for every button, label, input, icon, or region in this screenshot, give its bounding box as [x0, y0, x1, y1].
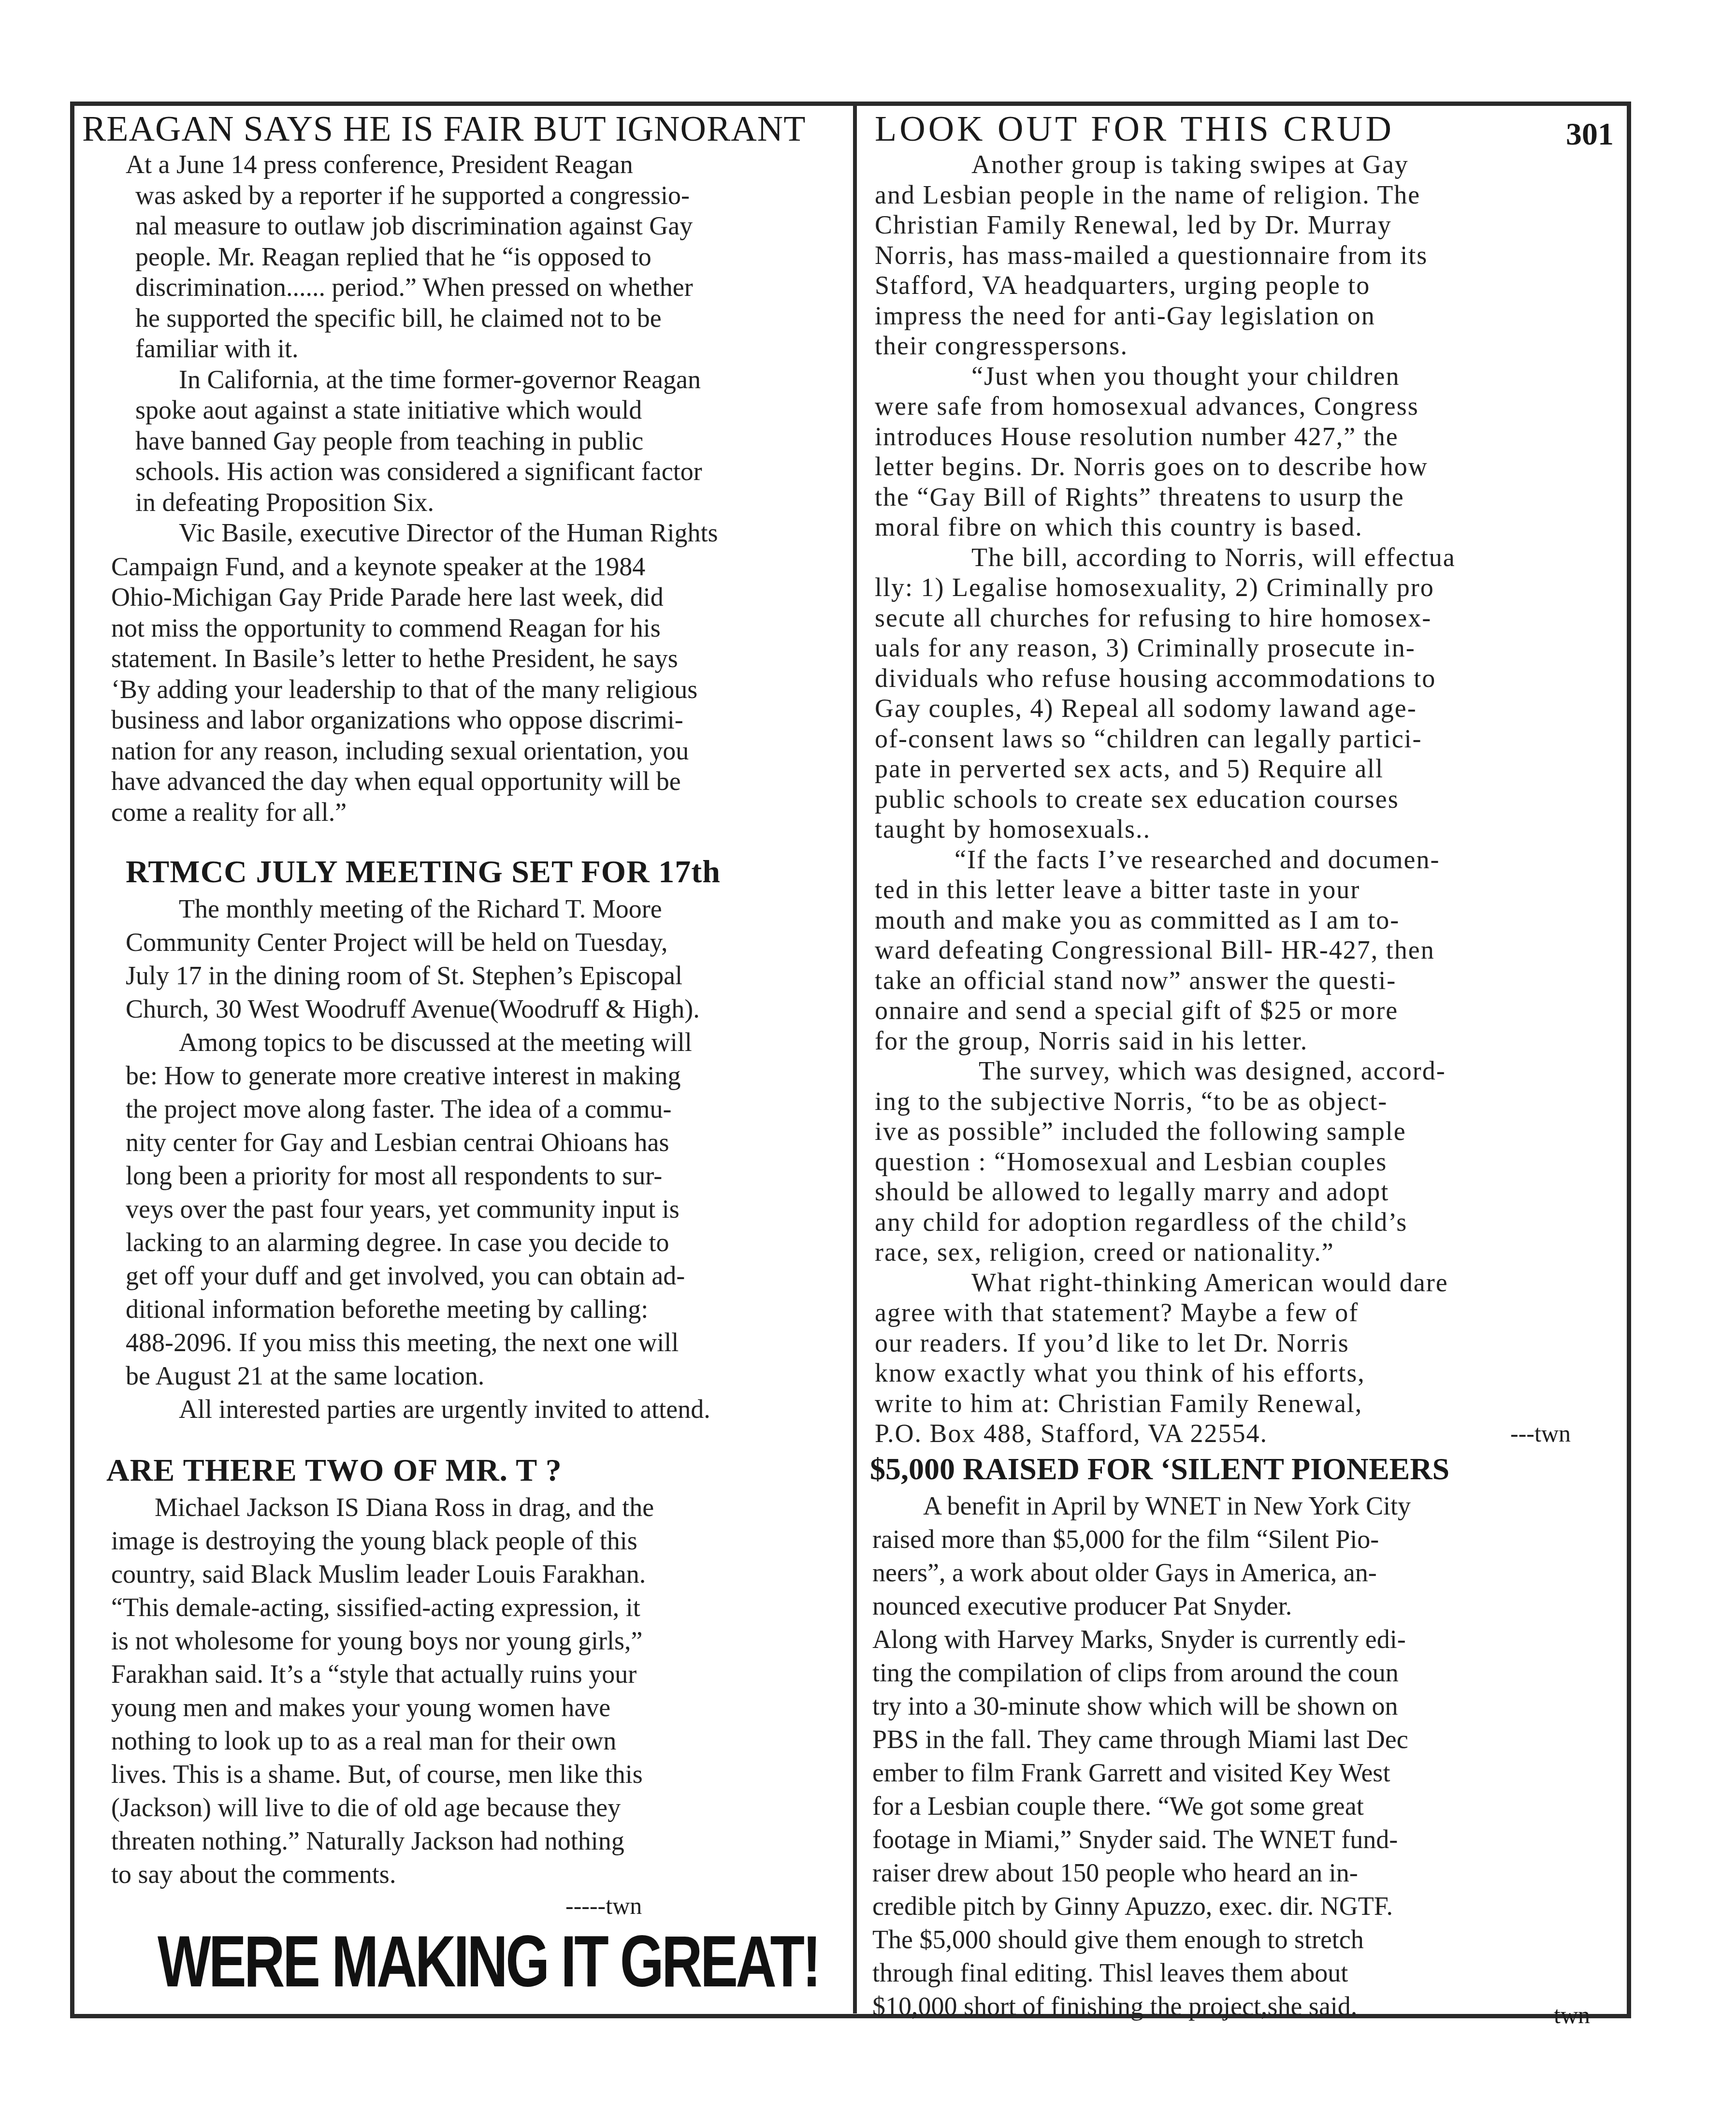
- article-line: What right-thinking American would dare: [870, 1268, 1614, 1298]
- article-line: credible pitch by Ginny Apuzzo, exec. di…: [870, 1890, 1614, 1923]
- article-line: At a June 14 press conference, President…: [82, 149, 846, 180]
- article-line: dividuals who refuse housing accommodati…: [870, 663, 1614, 694]
- article-line: have advanced the day when equal opportu…: [82, 766, 846, 797]
- article-signature: ---twn: [1510, 1418, 1571, 1448]
- article-line: was asked by a reporter if he supported …: [82, 180, 846, 211]
- article-line: image is destroying the young black peop…: [82, 1524, 846, 1558]
- article-line: were safe from homosexual advances, Cong…: [870, 391, 1614, 422]
- article-line: ward defeating Congressional Bill- HR-42…: [870, 935, 1614, 965]
- article-line: spoke aout against a state initiative wh…: [82, 395, 846, 426]
- article-line: ive as possible” included the following …: [870, 1116, 1614, 1147]
- article-line: “Just when you thought your children: [870, 361, 1614, 392]
- article-line: raised more than $5,000 for the film “Si…: [870, 1523, 1614, 1556]
- article-headline: REAGAN SAYS HE IS FAIR BUT IGNORANT: [82, 109, 846, 149]
- article-line: ditional information beforethe meeting b…: [82, 1293, 846, 1326]
- article-line: In California, at the time former-govern…: [82, 364, 846, 395]
- article-headline: $5,000 RAISED FOR ‘SILENT PIONEERS: [870, 1449, 1537, 1489]
- article-line: Campaign Fund, and a keynote speaker at …: [82, 552, 846, 583]
- article-line: PBS in the fall. They came through Miami…: [870, 1723, 1614, 1756]
- article-line: statement. In Basile’s letter to hethe P…: [82, 643, 846, 674]
- article-line: not miss the opportunity to commend Reag…: [82, 613, 846, 644]
- article-line: should be allowed to legally marry and a…: [870, 1177, 1614, 1207]
- article-line: Ohio-Michigan Gay Pride Parade here last…: [82, 582, 846, 613]
- article-headline: RTMCC JULY MEETING SET FOR 17th: [82, 852, 846, 892]
- article-line: write to him at: Christian Family Renewa…: [870, 1388, 1614, 1419]
- article-line: ted in this letter leave a bitter taste …: [870, 875, 1614, 905]
- article-line: public schools to create sex education c…: [870, 784, 1614, 815]
- article-line: neers”, a work about older Gays in Ameri…: [870, 1556, 1614, 1589]
- article-line: 488-2096. If you miss this meeting, the …: [82, 1326, 846, 1359]
- article-line: take an official stand now” answer the q…: [870, 965, 1614, 996]
- article-line: raiser drew about 150 people who heard a…: [870, 1856, 1614, 1890]
- article-line: be August 21 at the same location.: [82, 1359, 846, 1393]
- article-line: discrimination...... period.” When press…: [82, 272, 846, 303]
- article-line: have banned Gay people from teaching in …: [82, 426, 846, 457]
- column-divider: [853, 102, 857, 2013]
- article-line: threaten nothing.” Naturally Jackson had…: [82, 1824, 846, 1858]
- article-line: uals for any reason, 3) Criminally prose…: [870, 633, 1614, 663]
- article-line: schools. His action was considered a sig…: [82, 456, 846, 487]
- article-line: and Lesbian people in the name of religi…: [870, 180, 1614, 210]
- article-line: nal measure to outlaw job discrimination…: [82, 211, 846, 242]
- article-line: in defeating Proposition Six.: [82, 487, 846, 518]
- article-line: try into a 30-minute show which will be …: [870, 1690, 1614, 1723]
- article-line: to say about the comments.: [82, 1858, 846, 1891]
- article-line: race, sex, religion, creed or nationalit…: [870, 1237, 1614, 1268]
- article-line: mouth and make you as committed as I am …: [870, 905, 1614, 935]
- article-line: country, said Black Muslim leader Louis …: [82, 1558, 846, 1591]
- article-line: veys over the past four years, yet commu…: [82, 1193, 846, 1226]
- article-line: long been a priority for most all respon…: [82, 1159, 846, 1193]
- article-line: The bill, according to Norris, will effe…: [870, 542, 1614, 573]
- article-line: he supported the specific bill, he claim…: [82, 303, 846, 334]
- article-line: onnaire and send a special gift of $25 o…: [870, 995, 1614, 1026]
- article-line: nation for any reason, including sexual …: [82, 736, 846, 767]
- article-line: The monthly meeting of the Richard T. Mo…: [82, 892, 846, 926]
- left-column: REAGAN SAYS HE IS FAIR BUT IGNORANT At a…: [82, 109, 846, 2002]
- article-line: The survey, which was designed, accord-: [870, 1056, 1614, 1086]
- article-line: lly: 1) Legalise homosexuality, 2) Crimi…: [870, 572, 1614, 603]
- article-line: taught by homosexuals..: [870, 814, 1614, 845]
- article-line: pate in perverted sex acts, and 5) Requi…: [870, 754, 1614, 784]
- article-headline: ARE THERE TWO OF MR. T ?: [82, 1450, 846, 1491]
- article-line: footage in Miami,” Snyder said. The WNET…: [870, 1823, 1614, 1856]
- article-line: nothing to look up to as a real man for …: [82, 1724, 846, 1758]
- article-line: any child for adoption regardless of the…: [870, 1207, 1614, 1238]
- article-line: ember to film Frank Garrett and visited …: [870, 1756, 1614, 1790]
- article-line: Gay couples, 4) Repeal all sodomy lawand…: [870, 693, 1614, 724]
- article-line: moral fibre on which this country is bas…: [870, 512, 1614, 542]
- article-line: P.O. Box 488, Stafford, VA 22554.: [870, 1418, 1614, 1449]
- article-line: Farakhan said. It’s a “style that actual…: [82, 1658, 846, 1691]
- article-line: July 17 in the dining room of St. Stephe…: [82, 959, 846, 992]
- article-line: Michael Jackson IS Diana Ross in drag, a…: [82, 1491, 846, 1524]
- article-line: be: How to generate more creative intere…: [82, 1059, 846, 1093]
- article-line: for the group, Norris said in his letter…: [870, 1026, 1614, 1056]
- article-line: lacking to an alarming degree. In case y…: [82, 1226, 846, 1259]
- article-line: ing to the subjective Norris, “to be as …: [870, 1086, 1614, 1117]
- article-line: Vic Basile, executive Director of the Hu…: [82, 518, 846, 549]
- article-line: “This demale-acting, sissified-acting ex…: [82, 1591, 846, 1624]
- slogan-banner: WERE MAKING IT GREAT!: [82, 1920, 678, 2002]
- article-line: Community Center Project will be held on…: [82, 926, 846, 959]
- right-column: LOOK OUT FOR THIS CRUD Another group is …: [870, 109, 1614, 2023]
- article-reagan: REAGAN SAYS HE IS FAIR BUT IGNORANT At a…: [82, 109, 846, 828]
- article-line: (Jackson) will live to die of old age be…: [82, 1791, 846, 1824]
- article-line: business and labor organizations who opp…: [82, 705, 846, 736]
- article-signature: -----twn: [82, 1891, 846, 1920]
- article-line: nity center for Gay and Lesbian centrai …: [82, 1126, 846, 1159]
- article-line: Stafford, VA headquarters, urging people…: [870, 270, 1614, 301]
- article-line: Another group is taking swipes at Gay: [870, 149, 1614, 180]
- article-line: agree with that statement? Maybe a few o…: [870, 1298, 1614, 1328]
- article-line: people. Mr. Reagan replied that he “is o…: [82, 242, 846, 273]
- article-line: come a reality for all.”: [82, 797, 846, 828]
- article-line: Among topics to be discussed at the meet…: [82, 1026, 846, 1059]
- article-last-line-row: $10,000 short of finishing the project,s…: [870, 1990, 1614, 2023]
- article-line: secute all churches for refusing to hire…: [870, 603, 1614, 633]
- article-line: our readers. If you’d like to let Dr. No…: [870, 1328, 1614, 1358]
- article-last-line-row: P.O. Box 488, Stafford, VA 22554. ---twn: [870, 1418, 1614, 1449]
- article-line: lives. This is a shame. But, of course, …: [82, 1758, 846, 1791]
- article-line: Church, 30 West Woodruff Avenue(Woodruff…: [82, 992, 846, 1026]
- article-signature: twn: [1554, 2000, 1590, 2029]
- article-line: for a Lesbian couple there. “We got some…: [870, 1790, 1614, 1823]
- article-silent-pioneers: $5,000 RAISED FOR ‘SILENT PIONEERS A ben…: [870, 1449, 1614, 2023]
- article-look-out-crud: LOOK OUT FOR THIS CRUD Another group is …: [870, 109, 1614, 1449]
- article-line: $10,000 short of finishing the project,s…: [870, 1990, 1614, 2023]
- article-line: question : “Homosexual and Lesbian coupl…: [870, 1147, 1614, 1177]
- article-line: young men and makes your young women hav…: [82, 1691, 846, 1724]
- article-line: get off your duff and get involved, you …: [82, 1259, 846, 1293]
- article-line: ting the compilation of clips from aroun…: [870, 1656, 1614, 1690]
- article-line: the “Gay Bill of Rights” threatens to us…: [870, 482, 1614, 512]
- article-line: the project move along faster. The idea …: [82, 1093, 846, 1126]
- article-headline: LOOK OUT FOR THIS CRUD: [870, 109, 1614, 149]
- article-line: The $5,000 should give them enough to st…: [870, 1923, 1614, 1956]
- article-line: Along with Harvey Marks, Snyder is curre…: [870, 1623, 1614, 1656]
- article-line: know exactly what you think of his effor…: [870, 1358, 1614, 1388]
- article-line: “If the facts I’ve researched and docume…: [870, 845, 1614, 875]
- article-mr-t: ARE THERE TWO OF MR. T ? Michael Jackson…: [82, 1450, 846, 1920]
- article-line: All interested parties are urgently invi…: [82, 1393, 846, 1426]
- article-line: nounced executive producer Pat Snyder.: [870, 1589, 1614, 1623]
- article-line: impress the need for anti-Gay legislatio…: [870, 301, 1614, 331]
- article-line: letter begins. Dr. Norris goes on to des…: [870, 452, 1614, 482]
- article-line: of-consent laws so “children can legally…: [870, 724, 1614, 754]
- article-line: Norris, has mass-mailed a questionnaire …: [870, 240, 1614, 271]
- article-line: A benefit in April by WNET in New York C…: [870, 1489, 1614, 1523]
- article-line: familiar with it.: [82, 334, 846, 364]
- article-line: ‘By adding your leadership to that of th…: [82, 674, 846, 705]
- article-line: their congresspersons.: [870, 331, 1614, 361]
- article-rtmcc-meeting: RTMCC JULY MEETING SET FOR 17th The mont…: [82, 852, 846, 1426]
- article-line: Christian Family Renewal, led by Dr. Mur…: [870, 210, 1614, 240]
- article-line: introduces House resolution number 427,”…: [870, 422, 1614, 452]
- article-line: is not wholesome for young boys nor youn…: [82, 1624, 846, 1658]
- article-line: through final editing. Thisl leaves them…: [870, 1956, 1614, 1990]
